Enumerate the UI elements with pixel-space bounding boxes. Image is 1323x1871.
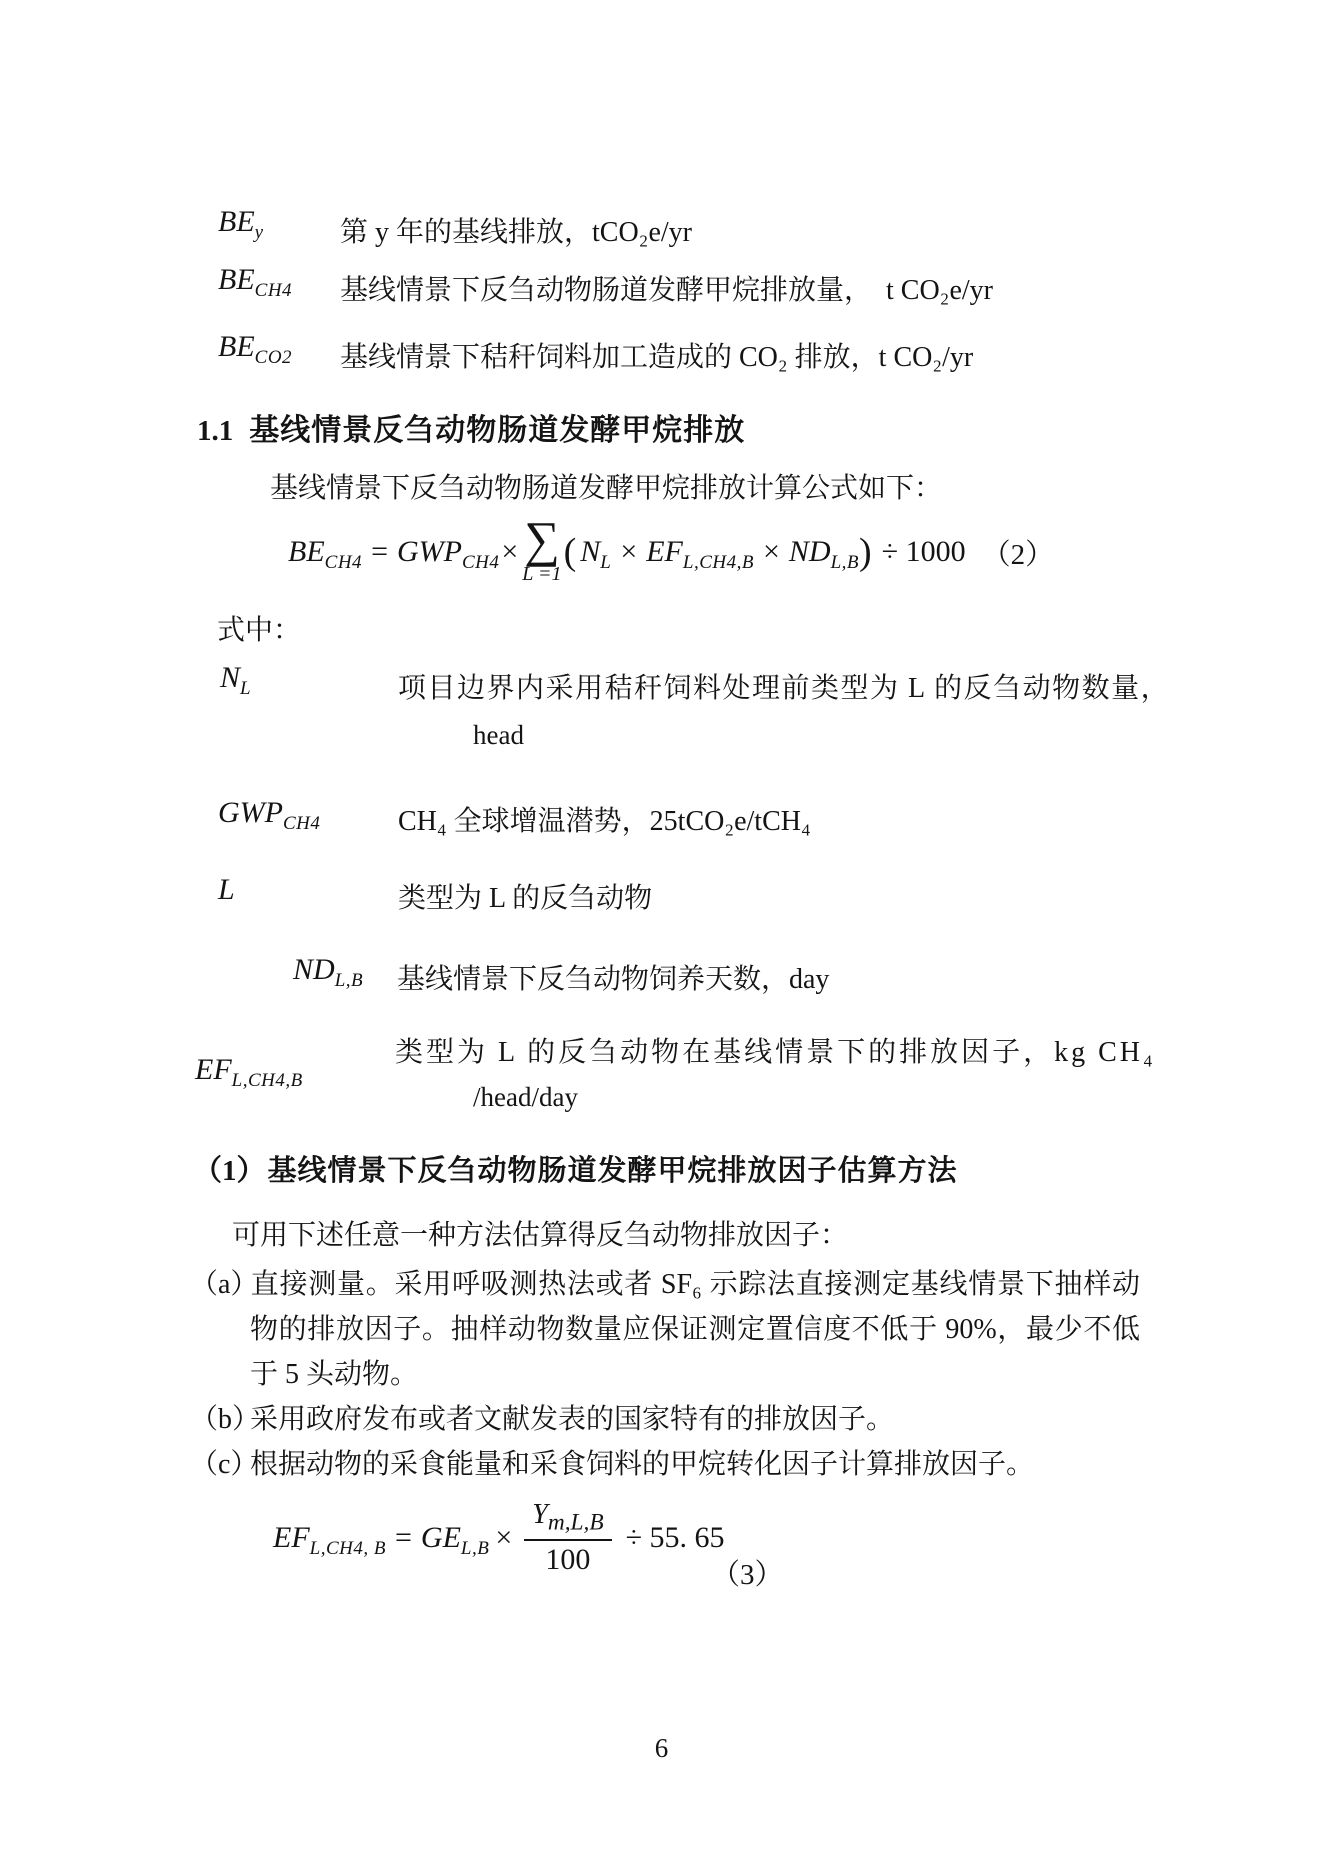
- method-item-c: （c）根据动物的采食能量和采食饲料的甲烷转化因子计算排放因子。: [190, 1442, 1140, 1487]
- method-item-a: （a）直接测量。采用呼吸测热法或者 SF₆ 示踪法直接测定基线情景下抽样动物的排…: [190, 1262, 1140, 1397]
- definition-row-ef: EFL,CH4,B: [195, 1053, 303, 1087]
- formula-3: EFL,CH4, B = GEL,B × Ym,L,B 100 ÷ 55. 65: [273, 1493, 725, 1583]
- desc-ef: 类型为 L 的反刍动物在基线情景下的排放因子，kg CH₄: [395, 1030, 1156, 1070]
- item-text: 直接测量。采用呼吸测热法或者 SF₆ 示踪法直接测定基线情景下抽样动物的排放因子…: [250, 1269, 1140, 1390]
- document-page: BEy 第 y 年的基线排放，tCO₂e/yr BECH4 基线情景下反刍动物肠…: [0, 0, 1323, 1871]
- definition-row-l: L: [218, 873, 235, 907]
- fraction: Ym,L,B 100: [524, 1499, 611, 1577]
- var-l: L: [218, 873, 235, 906]
- desc-gwp: CH₄ 全球增温潜势，25tCO₂e/tCH₄: [398, 799, 811, 839]
- multiply-sign: ×: [620, 535, 637, 569]
- close-paren: ): [859, 533, 872, 571]
- definition-row-be-y: BEy: [218, 205, 264, 239]
- desc-ef-unit: /head/day: [473, 1082, 578, 1113]
- formula2-ef: EFL,CH4,B: [646, 535, 754, 569]
- definition-row-be-co2: BECO2: [218, 330, 292, 364]
- formula2-label: （2）: [982, 532, 1055, 573]
- definition-row-nd: NDL,B: [293, 953, 363, 987]
- fraction-numerator: Ym,L,B: [524, 1499, 611, 1541]
- var-nd: NDL,B: [293, 953, 363, 986]
- formula2-tail: ÷ 1000: [882, 535, 966, 569]
- multiply-sign: ×: [763, 535, 780, 569]
- summation-lower-limit: L =1: [522, 563, 561, 586]
- methods-paragraph: 可用下述任意一种方法估算得反刍动物排放因子：: [232, 1213, 848, 1253]
- equals-sign: =: [395, 1521, 412, 1555]
- var-be-y: BEy: [218, 205, 264, 238]
- formula2-gwp: GWPCH4: [397, 535, 499, 569]
- definition-row-n: NL: [220, 661, 251, 695]
- equals-sign: =: [371, 535, 388, 569]
- formula-2: BECH4 = GWPCH4 × ∑ L =1 ( NL × EFL,CH4,B…: [288, 512, 1054, 592]
- definition-row-be-ch4: BECH4: [218, 263, 292, 297]
- multiply-sign: ×: [495, 1521, 512, 1555]
- desc-be-y: 第 y 年的基线排放，tCO₂e/yr: [340, 210, 692, 250]
- formula2-lhs: BECH4: [288, 535, 362, 569]
- subsection-title: 基线情景下反刍动物肠道发酵甲烷排放因子估算方法: [268, 1155, 958, 1187]
- formula3-label: （3）: [711, 1552, 784, 1593]
- fraction-denominator: 100: [545, 1541, 590, 1577]
- section-title: 基线情景反刍动物肠道发酵甲烷排放: [249, 414, 745, 447]
- var-n: NL: [220, 661, 251, 694]
- desc-nd: 基线情景下反刍动物饲养天数，day: [397, 957, 829, 997]
- open-paren: (: [564, 533, 577, 571]
- formula3-tail: ÷ 55. 65: [626, 1521, 725, 1555]
- desc-n: 项目边界内采用秸秆饲料处理前类型为 L 的反刍动物数量，: [398, 666, 1170, 706]
- formula3-ge: GEL,B: [421, 1521, 489, 1555]
- page-number: 6: [0, 1733, 1323, 1764]
- method-item-b: （b）采用政府发布或者文献发表的国家特有的排放因子。: [190, 1397, 1140, 1442]
- section-heading: 1.1基线情景反刍动物肠道发酵甲烷排放: [197, 405, 745, 449]
- item-marker: （c）: [190, 1442, 250, 1487]
- definition-row-gwp: GWPCH4: [218, 796, 320, 830]
- where-label: 式中：: [217, 608, 301, 648]
- desc-be-ch4: 基线情景下反刍动物肠道发酵甲烷排放量， t CO₂e/yr: [340, 268, 993, 308]
- item-text: 采用政府发布或者文献发表的国家特有的排放因子。: [250, 1404, 894, 1435]
- formula2-n: NL: [580, 535, 611, 569]
- desc-l: 类型为 L 的反刍动物: [398, 876, 652, 916]
- item-marker: （a）: [190, 1262, 250, 1307]
- var-ef: EFL,CH4,B: [195, 1053, 303, 1086]
- formula3-lhs: EFL,CH4, B: [273, 1521, 386, 1555]
- subsection-heading: （1）基线情景下反刍动物肠道发酵甲烷排放因子估算方法: [193, 1148, 958, 1189]
- multiply-sign: ×: [501, 535, 518, 569]
- var-gwp: GWPCH4: [218, 796, 320, 829]
- var-be-ch4: BECH4: [218, 263, 292, 296]
- formula2-nd: NDL,B: [789, 535, 859, 569]
- intro-paragraph: 基线情景下反刍动物肠道发酵甲烷排放计算公式如下：: [270, 466, 942, 506]
- var-be-co2: BECO2: [218, 330, 292, 363]
- item-text: 根据动物的采食能量和采食饲料的甲烷转化因子计算排放因子。: [250, 1449, 1034, 1480]
- desc-be-co2: 基线情景下秸秆饲料加工造成的 CO₂ 排放，t CO₂/yr: [340, 335, 973, 375]
- item-marker: （b）: [190, 1397, 250, 1442]
- summation-symbol: ∑ L =1: [522, 518, 561, 586]
- method-list: （a）直接测量。采用呼吸测热法或者 SF₆ 示踪法直接测定基线情景下抽样动物的排…: [190, 1262, 1140, 1487]
- desc-n-unit: head: [473, 720, 524, 751]
- subsection-marker: （1）: [193, 1155, 266, 1187]
- section-number: 1.1: [197, 415, 233, 447]
